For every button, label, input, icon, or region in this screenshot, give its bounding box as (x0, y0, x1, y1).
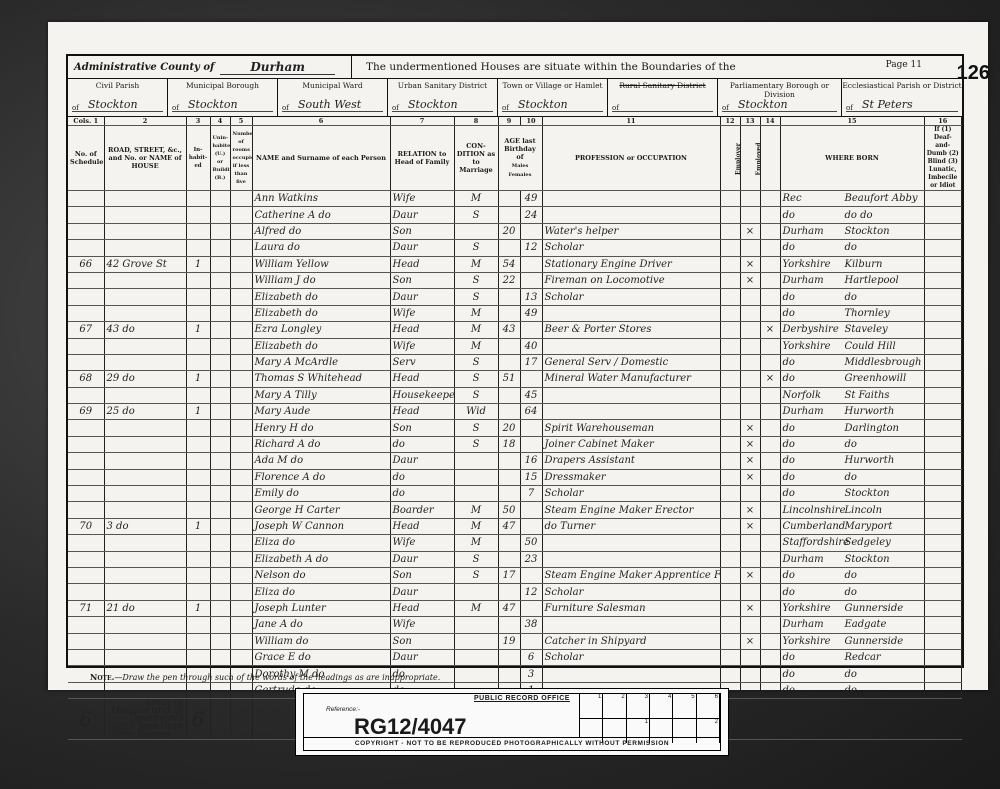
table-row: Ann WatkinsWifeM49RecBeaufort Abby (68, 191, 962, 207)
neither-mark (760, 436, 780, 452)
address (104, 469, 186, 485)
inhabited (186, 617, 210, 633)
schedule-number: 70 (68, 518, 104, 534)
employed-mark: × (740, 436, 760, 452)
employed-mark (740, 354, 760, 370)
male-age: 18 (498, 436, 520, 452)
neither-mark (760, 633, 780, 649)
marital-condition (454, 633, 498, 649)
occupation: Scholar (542, 486, 720, 502)
heading-where-born: WHERE BORN (780, 126, 924, 191)
male-age (498, 649, 520, 665)
boundary-municipal-borough: Municipal Borough of Stockton (168, 78, 278, 116)
occupation: Scholar (542, 240, 720, 256)
female-age (520, 272, 542, 288)
address (104, 551, 186, 567)
marital-condition: S (454, 207, 498, 223)
uninhabited (210, 305, 230, 321)
where-born: doStockton (780, 486, 924, 502)
rooms (230, 649, 252, 665)
person-name: Alfred do (252, 223, 390, 239)
relation: Wife (390, 191, 454, 207)
uninhabited (210, 223, 230, 239)
marital-condition: S (454, 567, 498, 583)
address (104, 387, 186, 403)
person-name: Grace E do (252, 649, 390, 665)
infirmity (924, 404, 962, 420)
born-county: Yorkshire (783, 259, 845, 270)
neither-mark (760, 387, 780, 403)
census-table: Cols. 1 2 3 4 5 6 7 8 9 10 11 12 13 14 (68, 116, 962, 740)
employer-mark (720, 486, 740, 502)
address (104, 338, 186, 354)
male-age (498, 354, 520, 370)
uninhabited (210, 600, 230, 616)
relation: Head (390, 600, 454, 616)
employed-mark (740, 305, 760, 321)
boundary-label: Parliamentary Borough or Division (718, 81, 841, 99)
table-row: William doSon19Catcher in Shipyard×Yorks… (68, 633, 962, 649)
schedule-number (68, 469, 104, 485)
rooms (230, 453, 252, 469)
born-county: Lincolnshire (783, 505, 845, 516)
neither-mark: × (760, 322, 780, 338)
infirmity (924, 502, 962, 518)
boundary-value: St Peters (846, 98, 958, 112)
occupation (542, 387, 720, 403)
address: 43 do (104, 322, 186, 338)
employer-mark (720, 404, 740, 420)
rooms (230, 223, 252, 239)
rooms (230, 240, 252, 256)
inhabited (186, 502, 210, 518)
male-age: 20 (498, 420, 520, 436)
rooms (230, 584, 252, 600)
col-number: 8 (454, 116, 498, 126)
inhabited (186, 486, 210, 502)
male-age (498, 338, 520, 354)
boundary-label: Town or Village or Hamlet (498, 81, 607, 90)
inhabited: 1 (186, 322, 210, 338)
born-county: Yorkshire (783, 636, 845, 647)
female-age: 49 (520, 305, 542, 321)
column-numbers-row: Cols. 1 2 3 4 5 6 7 8 9 10 11 12 13 14 (68, 116, 962, 126)
neither-mark (760, 682, 780, 698)
employer-mark (720, 666, 740, 682)
infirmity (924, 551, 962, 567)
marital-condition: M (454, 191, 498, 207)
address (104, 633, 186, 649)
neither-mark (760, 191, 780, 207)
occupation: Steam Engine Maker Apprentice Fitter (542, 567, 720, 583)
occupation (542, 207, 720, 223)
female-age: 13 (520, 289, 542, 305)
table-row: 703 do1Joseph W CannonHeadM47do Turner×C… (68, 518, 962, 534)
employer-mark (720, 649, 740, 665)
infirmity (924, 567, 962, 583)
where-born: dodo (780, 584, 924, 600)
where-born: YorkshireKilburn (780, 256, 924, 272)
uninhabited (210, 404, 230, 420)
male-age: 43 (498, 322, 520, 338)
neither-mark (760, 338, 780, 354)
inhabited (186, 682, 210, 698)
where-born: StaffordshireSedgeley (780, 535, 924, 551)
address (104, 272, 186, 288)
address (104, 305, 186, 321)
ruler-tick: 5 (673, 694, 696, 718)
born-county: Derbyshire (783, 324, 845, 335)
relation: Boarder (390, 502, 454, 518)
ruler-tick: 4 (650, 694, 673, 718)
marital-condition: M (454, 600, 498, 616)
table-row: Florence A dodo15Dressmaker×dodo (68, 469, 962, 485)
marital-condition (454, 486, 498, 502)
address: 3 do (104, 518, 186, 534)
person-name: Mary A Tilly (252, 387, 390, 403)
table-row: Elizabeth doDaurS13Scholardodo (68, 289, 962, 305)
neither-mark (760, 289, 780, 305)
employer-mark (720, 207, 740, 223)
uninhabited (210, 272, 230, 288)
neither-mark (760, 453, 780, 469)
schedule-number (68, 191, 104, 207)
employer-mark (720, 535, 740, 551)
table-row: 6642 Grove St1William YellowHeadM54Stati… (68, 256, 962, 272)
person-name: Thomas S Whitehead (252, 371, 390, 387)
infirmity (924, 666, 962, 682)
inhabited (186, 338, 210, 354)
uninhabited (210, 584, 230, 600)
employer-mark (720, 387, 740, 403)
inhabited (186, 207, 210, 223)
born-county: do (783, 570, 845, 581)
occupation (542, 666, 720, 682)
occupation: General Serv / Domestic (542, 354, 720, 370)
female-age: 7 (520, 486, 542, 502)
relation: Son (390, 420, 454, 436)
employer-mark (720, 289, 740, 305)
where-born: DurhamHurworth (780, 404, 924, 420)
occupation: Scholar (542, 649, 720, 665)
rooms (230, 404, 252, 420)
address (104, 584, 186, 600)
relation: Daur (390, 584, 454, 600)
occupation: Fireman on Locomotive (542, 272, 720, 288)
rooms (230, 387, 252, 403)
employed-mark (740, 289, 760, 305)
rooms (230, 256, 252, 272)
inhabited (186, 469, 210, 485)
where-born: NorfolkSt Faiths (780, 387, 924, 403)
rooms (230, 502, 252, 518)
employer-mark (720, 420, 740, 436)
person-name: Nelson do (252, 567, 390, 583)
table-row: Alfred doSon20Water's helper×DurhamStock… (68, 223, 962, 239)
marital-condition: S (454, 240, 498, 256)
infirmity (924, 240, 962, 256)
born-place: Darlington (845, 423, 899, 434)
person-name: Ada M do (252, 453, 390, 469)
born-county: Yorkshire (783, 341, 845, 352)
person-name: George H Carter (252, 502, 390, 518)
person-name: Henry H do (252, 420, 390, 436)
inhabited (186, 223, 210, 239)
occupation: Drapers Assistant (542, 453, 720, 469)
male-age (498, 584, 520, 600)
employed-mark (740, 649, 760, 665)
infirmity (924, 322, 962, 338)
employer-mark (720, 305, 740, 321)
heading-road: ROAD, STREET, &c., and No. or NAME of HO… (104, 126, 186, 191)
schedule-number: 68 (68, 371, 104, 387)
boundary-label: Municipal Borough (168, 81, 277, 90)
schedule-number (68, 584, 104, 600)
column-headings-row: No. of Schedule ROAD, STREET, &c., and N… (68, 126, 962, 191)
total-rooms: - (230, 699, 252, 740)
rooms (230, 486, 252, 502)
occupation (542, 617, 720, 633)
born-county: do (783, 472, 845, 483)
neither-mark (760, 486, 780, 502)
inhabited (186, 567, 210, 583)
boundary-civil-parish: Civil Parish of Stockton (68, 78, 168, 116)
marital-condition: S (454, 354, 498, 370)
male-age (498, 617, 520, 633)
relation: do (390, 436, 454, 452)
uninhabited (210, 535, 230, 551)
female-age (520, 502, 542, 518)
employed-mark (740, 240, 760, 256)
uninhabited (210, 387, 230, 403)
infirmity (924, 223, 962, 239)
female-age (520, 600, 542, 616)
boundary-urban-sanitary-district: Urban Sanitary District of Stockton (388, 78, 498, 116)
employed-mark (740, 322, 760, 338)
heading-relation: RELATION to Head of Family (390, 126, 454, 191)
marital-condition (454, 453, 498, 469)
employer-mark (720, 584, 740, 600)
inhabited: 1 (186, 600, 210, 616)
inhabited (186, 535, 210, 551)
boundary-value: Stockton (72, 98, 163, 112)
female-age: 16 (520, 453, 542, 469)
schedule-number (68, 354, 104, 370)
ruler-cm: 1 2 3 4 5 6 (580, 694, 720, 719)
occupation (542, 338, 720, 354)
uninhabited (210, 289, 230, 305)
uninhabited (210, 502, 230, 518)
boundary-label: Ecclesiastical Parish or District (842, 81, 962, 90)
inhabited (186, 420, 210, 436)
boundary-rural-sanitary-district: Rural Sanitary District of (608, 78, 718, 116)
born-place: Greenhowill (845, 373, 907, 384)
rooms (230, 682, 252, 698)
marital-condition: S (454, 420, 498, 436)
born-county: do (783, 242, 845, 253)
uninhabited (210, 453, 230, 469)
uninhabited (210, 322, 230, 338)
male-age (498, 404, 520, 420)
scale-ruler: 1 2 3 4 5 6 1 2 (579, 694, 720, 738)
boundary-value: Stockton (722, 98, 837, 112)
born-place: St Faiths (845, 390, 890, 401)
boundary-label: Civil Parish (68, 81, 167, 90)
neither-mark (760, 502, 780, 518)
reference-card: PUBLIC RECORD OFFICE Reference:- RG12/40… (295, 688, 729, 756)
uninhabited (210, 420, 230, 436)
born-county: do (783, 669, 845, 680)
administrative-county-value: Durham (220, 60, 335, 75)
female-age: 64 (520, 404, 542, 420)
male-age (498, 289, 520, 305)
person-name: William do (252, 633, 390, 649)
inhabited (186, 240, 210, 256)
infirmity (924, 453, 962, 469)
employer-mark (720, 338, 740, 354)
female-age (520, 420, 542, 436)
address (104, 420, 186, 436)
employer-mark (720, 371, 740, 387)
table-row: George H CarterBoarderM50Steam Engine Ma… (68, 502, 962, 518)
ruler-tick: 6 (697, 694, 720, 718)
occupation: Scholar (542, 584, 720, 600)
table-row: Elizabeth doWifeM40YorkshireCould Hill (68, 338, 962, 354)
infirmity (924, 338, 962, 354)
where-born: dodo do (780, 207, 924, 223)
where-born: dodo (780, 666, 924, 682)
footnote-text: —Draw the pen through such of the words … (114, 673, 440, 682)
rooms (230, 354, 252, 370)
born-place: Sedgeley (845, 537, 891, 548)
born-place: Hartlepool (845, 275, 899, 286)
person-name: Catherine A do (252, 207, 390, 223)
employed-mark (740, 387, 760, 403)
male-age (498, 551, 520, 567)
heading-females: Females (509, 172, 532, 178)
neither-mark (760, 518, 780, 534)
born-place: Middlesbrough (845, 357, 922, 368)
relation: Daur (390, 649, 454, 665)
born-county: do (783, 439, 845, 450)
ruler-tick: 2 (603, 694, 626, 718)
born-place: Hurworth (845, 406, 895, 417)
born-county: do (783, 423, 845, 434)
col-number: 7 (390, 116, 454, 126)
employed-mark (740, 666, 760, 682)
relation: Daur (390, 453, 454, 469)
neither-mark (760, 420, 780, 436)
employed-mark: × (740, 223, 760, 239)
reference-card-frame: PUBLIC RECORD OFFICE Reference:- RG12/40… (303, 693, 721, 751)
address (104, 354, 186, 370)
total-houses-label: Total of Houses and of Tenements with le… (104, 699, 186, 740)
male-age (498, 486, 520, 502)
schedule-number (68, 240, 104, 256)
marital-condition (454, 666, 498, 682)
born-place: do (845, 669, 857, 680)
neither-mark (760, 223, 780, 239)
employed-mark: × (740, 420, 760, 436)
address (104, 223, 186, 239)
infirmity (924, 207, 962, 223)
relation: Daur (390, 551, 454, 567)
male-age (498, 240, 520, 256)
uninhabited (210, 551, 230, 567)
born-place: Maryport (845, 521, 893, 532)
where-born: doHurworth (780, 453, 924, 469)
boundary-value: Stockton (392, 98, 493, 112)
boundary-ecclesiastical-parish: Ecclesiastical Parish or District of St … (842, 78, 962, 116)
inhabited (186, 551, 210, 567)
heading-infirmity: If (1) Deaf-and-Dumb (2) Blind (3) Lunat… (924, 126, 962, 191)
person-name: Elizabeth A do (252, 551, 390, 567)
neither-mark: × (760, 371, 780, 387)
female-age: 3 (520, 666, 542, 682)
schedule-number (68, 649, 104, 665)
rooms (230, 535, 252, 551)
neither-mark (760, 272, 780, 288)
employed-mark (740, 371, 760, 387)
female-age: 17 (520, 354, 542, 370)
employed-mark: × (740, 633, 760, 649)
rooms (230, 469, 252, 485)
uninhabited (210, 371, 230, 387)
heading-males: Males (512, 163, 529, 169)
uninhabited (210, 682, 230, 698)
person-name: Elizabeth do (252, 305, 390, 321)
employer-mark (720, 191, 740, 207)
female-age: 49 (520, 191, 542, 207)
relation: Son (390, 272, 454, 288)
male-age (498, 453, 520, 469)
neither-mark (760, 666, 780, 682)
where-born: CumberlandMaryport (780, 518, 924, 534)
relation: Daur (390, 289, 454, 305)
where-born: LincolnshireLincoln (780, 502, 924, 518)
rooms (230, 633, 252, 649)
male-age (498, 469, 520, 485)
col-number: 6 (252, 116, 390, 126)
boundary-municipal-ward: Municipal Ward of South West (278, 78, 388, 116)
infirmity (924, 289, 962, 305)
employer-mark (720, 567, 740, 583)
heading-uninhabited: Unin-habited (U.) or Building (B.) (210, 126, 230, 191)
born-place: Stockton (845, 226, 890, 237)
male-age: 19 (498, 633, 520, 649)
where-born: YorkshireGunnerside (780, 633, 924, 649)
table-row: 6925 do1Mary AudeHeadWid64DurhamHurworth (68, 404, 962, 420)
where-born: doGreenhowill (780, 371, 924, 387)
employer-mark (720, 256, 740, 272)
col-number: 11 (542, 116, 720, 126)
born-place: Beaufort Abby (845, 193, 918, 204)
relation: Serv (390, 354, 454, 370)
table-row: William J doSonS22Fireman on Locomotive×… (68, 272, 962, 288)
employer-mark (720, 502, 740, 518)
occupation: Scholar (542, 289, 720, 305)
rooms (230, 371, 252, 387)
relation: Head (390, 256, 454, 272)
rooms (230, 600, 252, 616)
employed-mark: × (740, 256, 760, 272)
born-county: do (783, 308, 845, 319)
female-age (520, 322, 542, 338)
boundary-label: Municipal Ward (278, 81, 387, 90)
heading-inhabited: In-habit-ed (186, 126, 210, 191)
neither-mark (760, 600, 780, 616)
born-place: Could Hill (845, 341, 896, 352)
